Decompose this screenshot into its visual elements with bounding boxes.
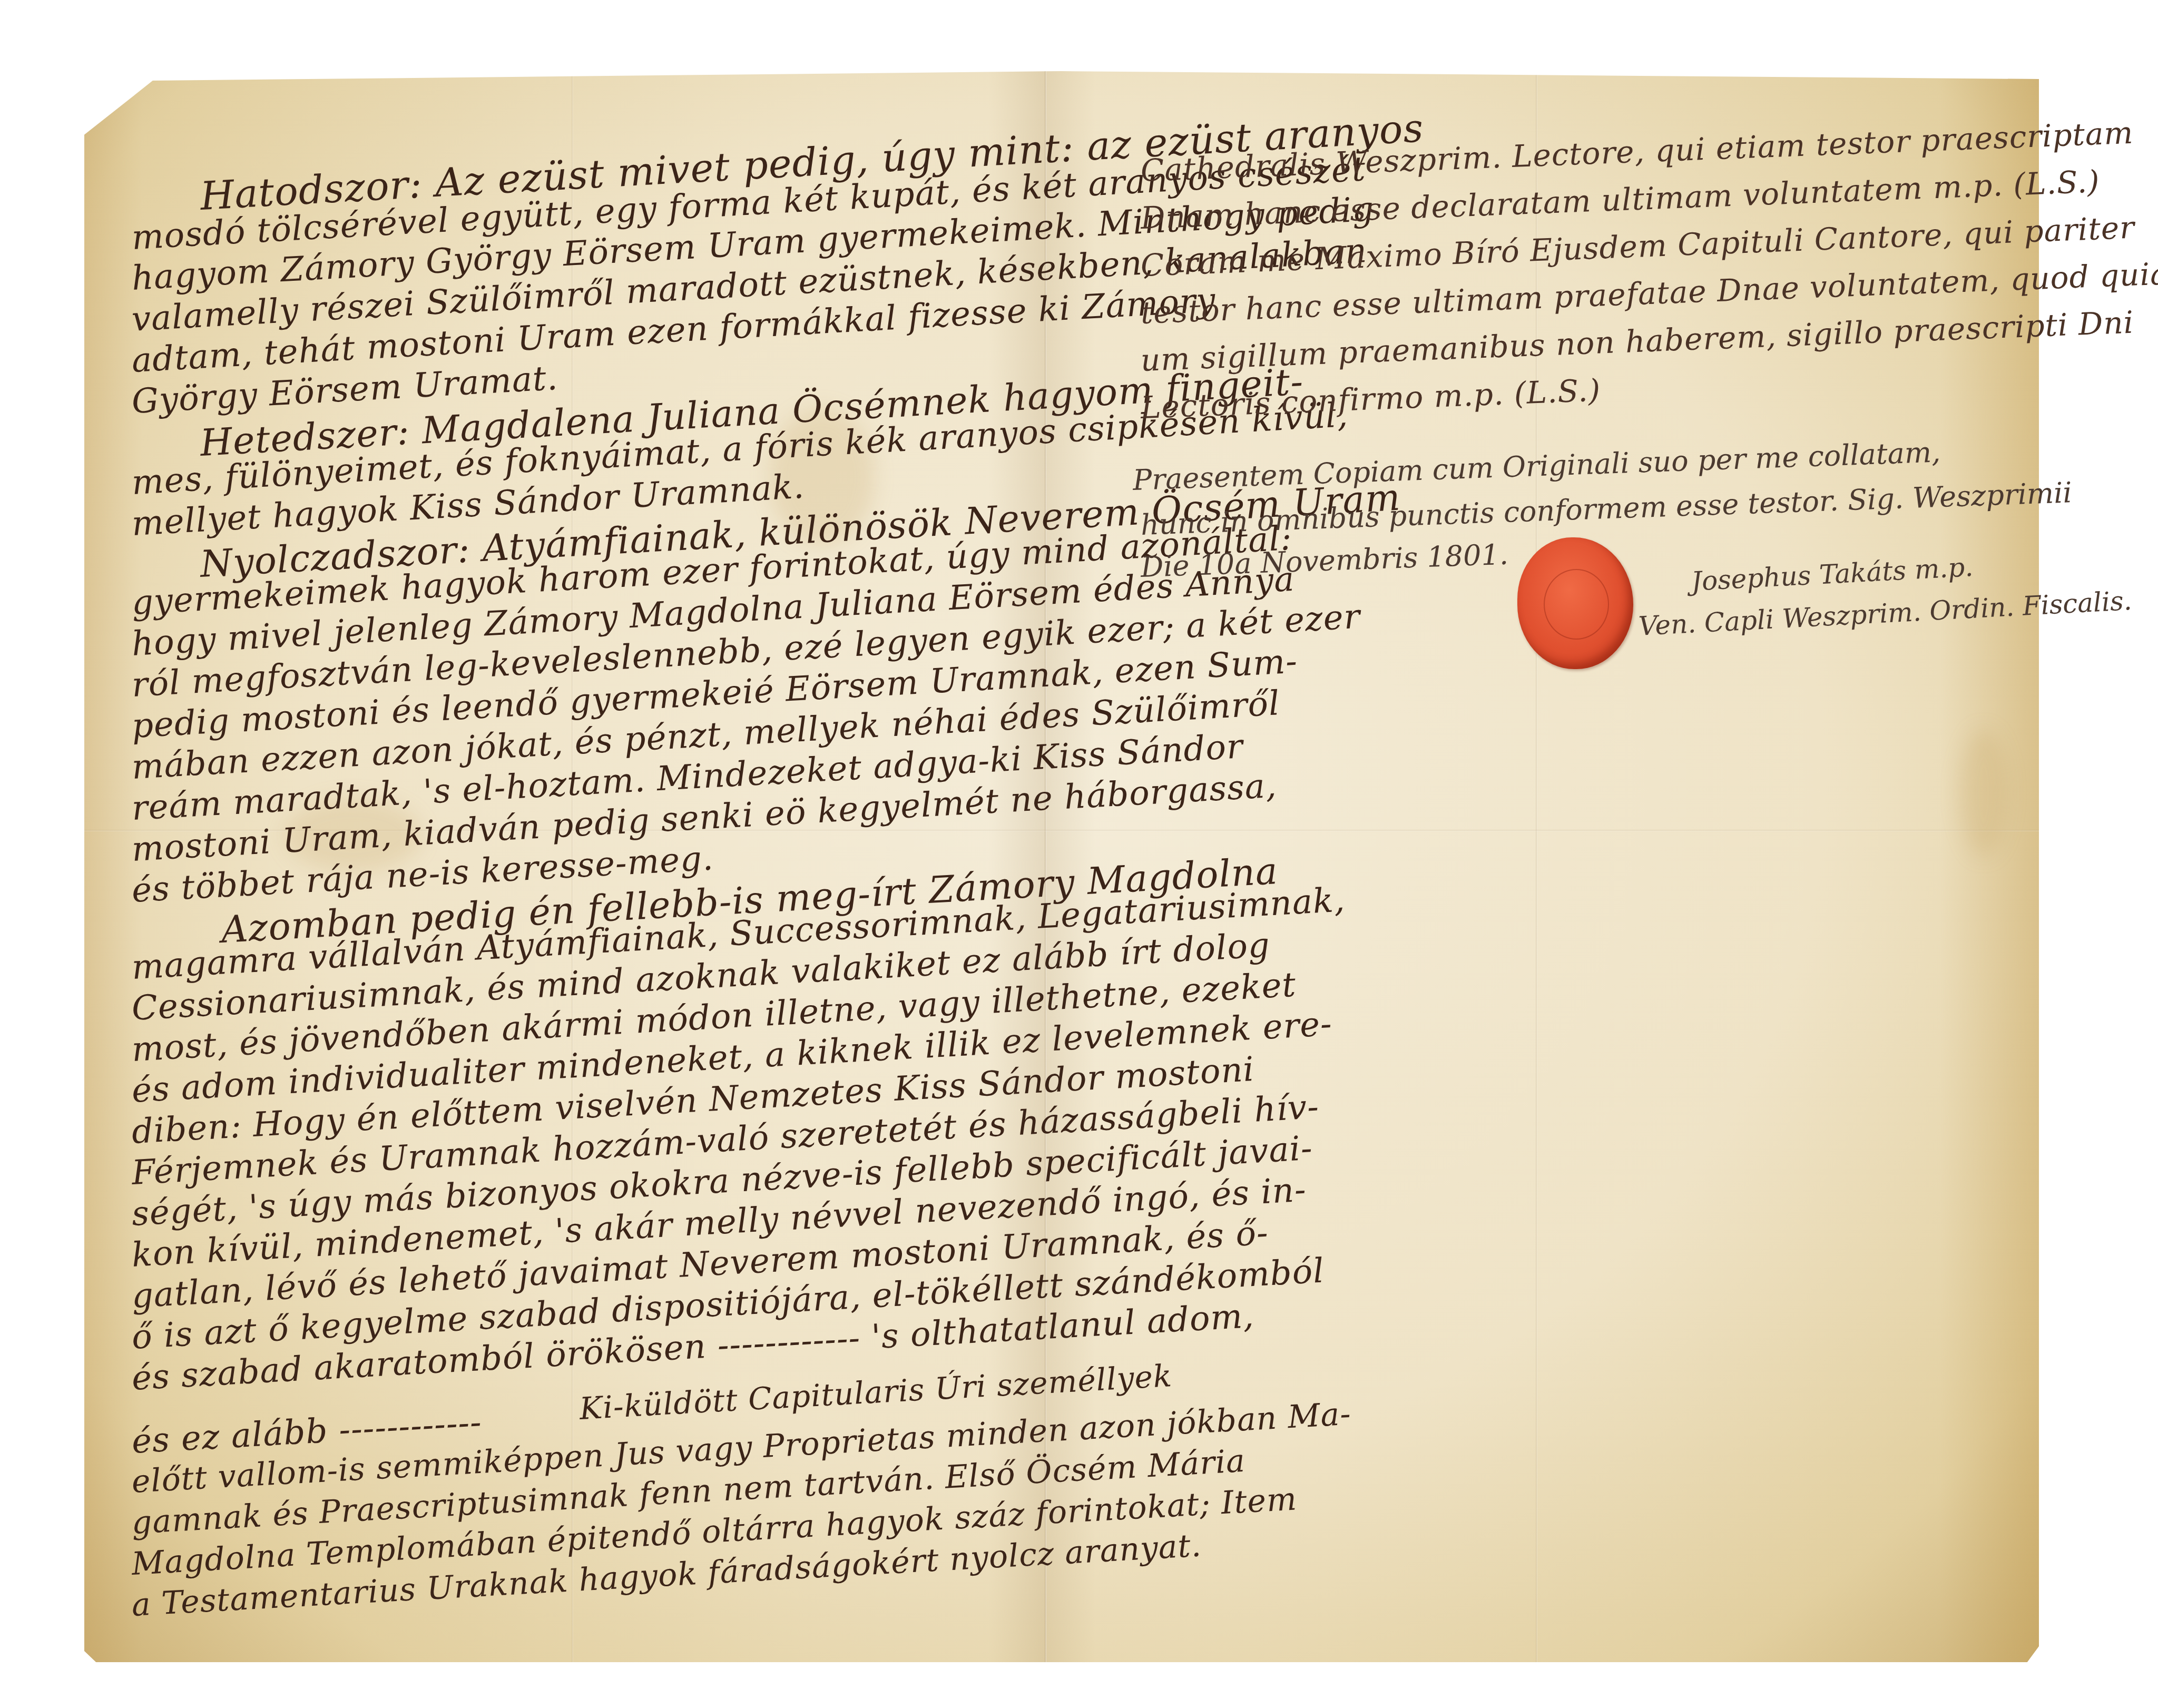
wax-seal — [1517, 537, 1633, 669]
paper-stain — [1960, 730, 2007, 856]
seal-impression-icon — [1544, 569, 1609, 640]
